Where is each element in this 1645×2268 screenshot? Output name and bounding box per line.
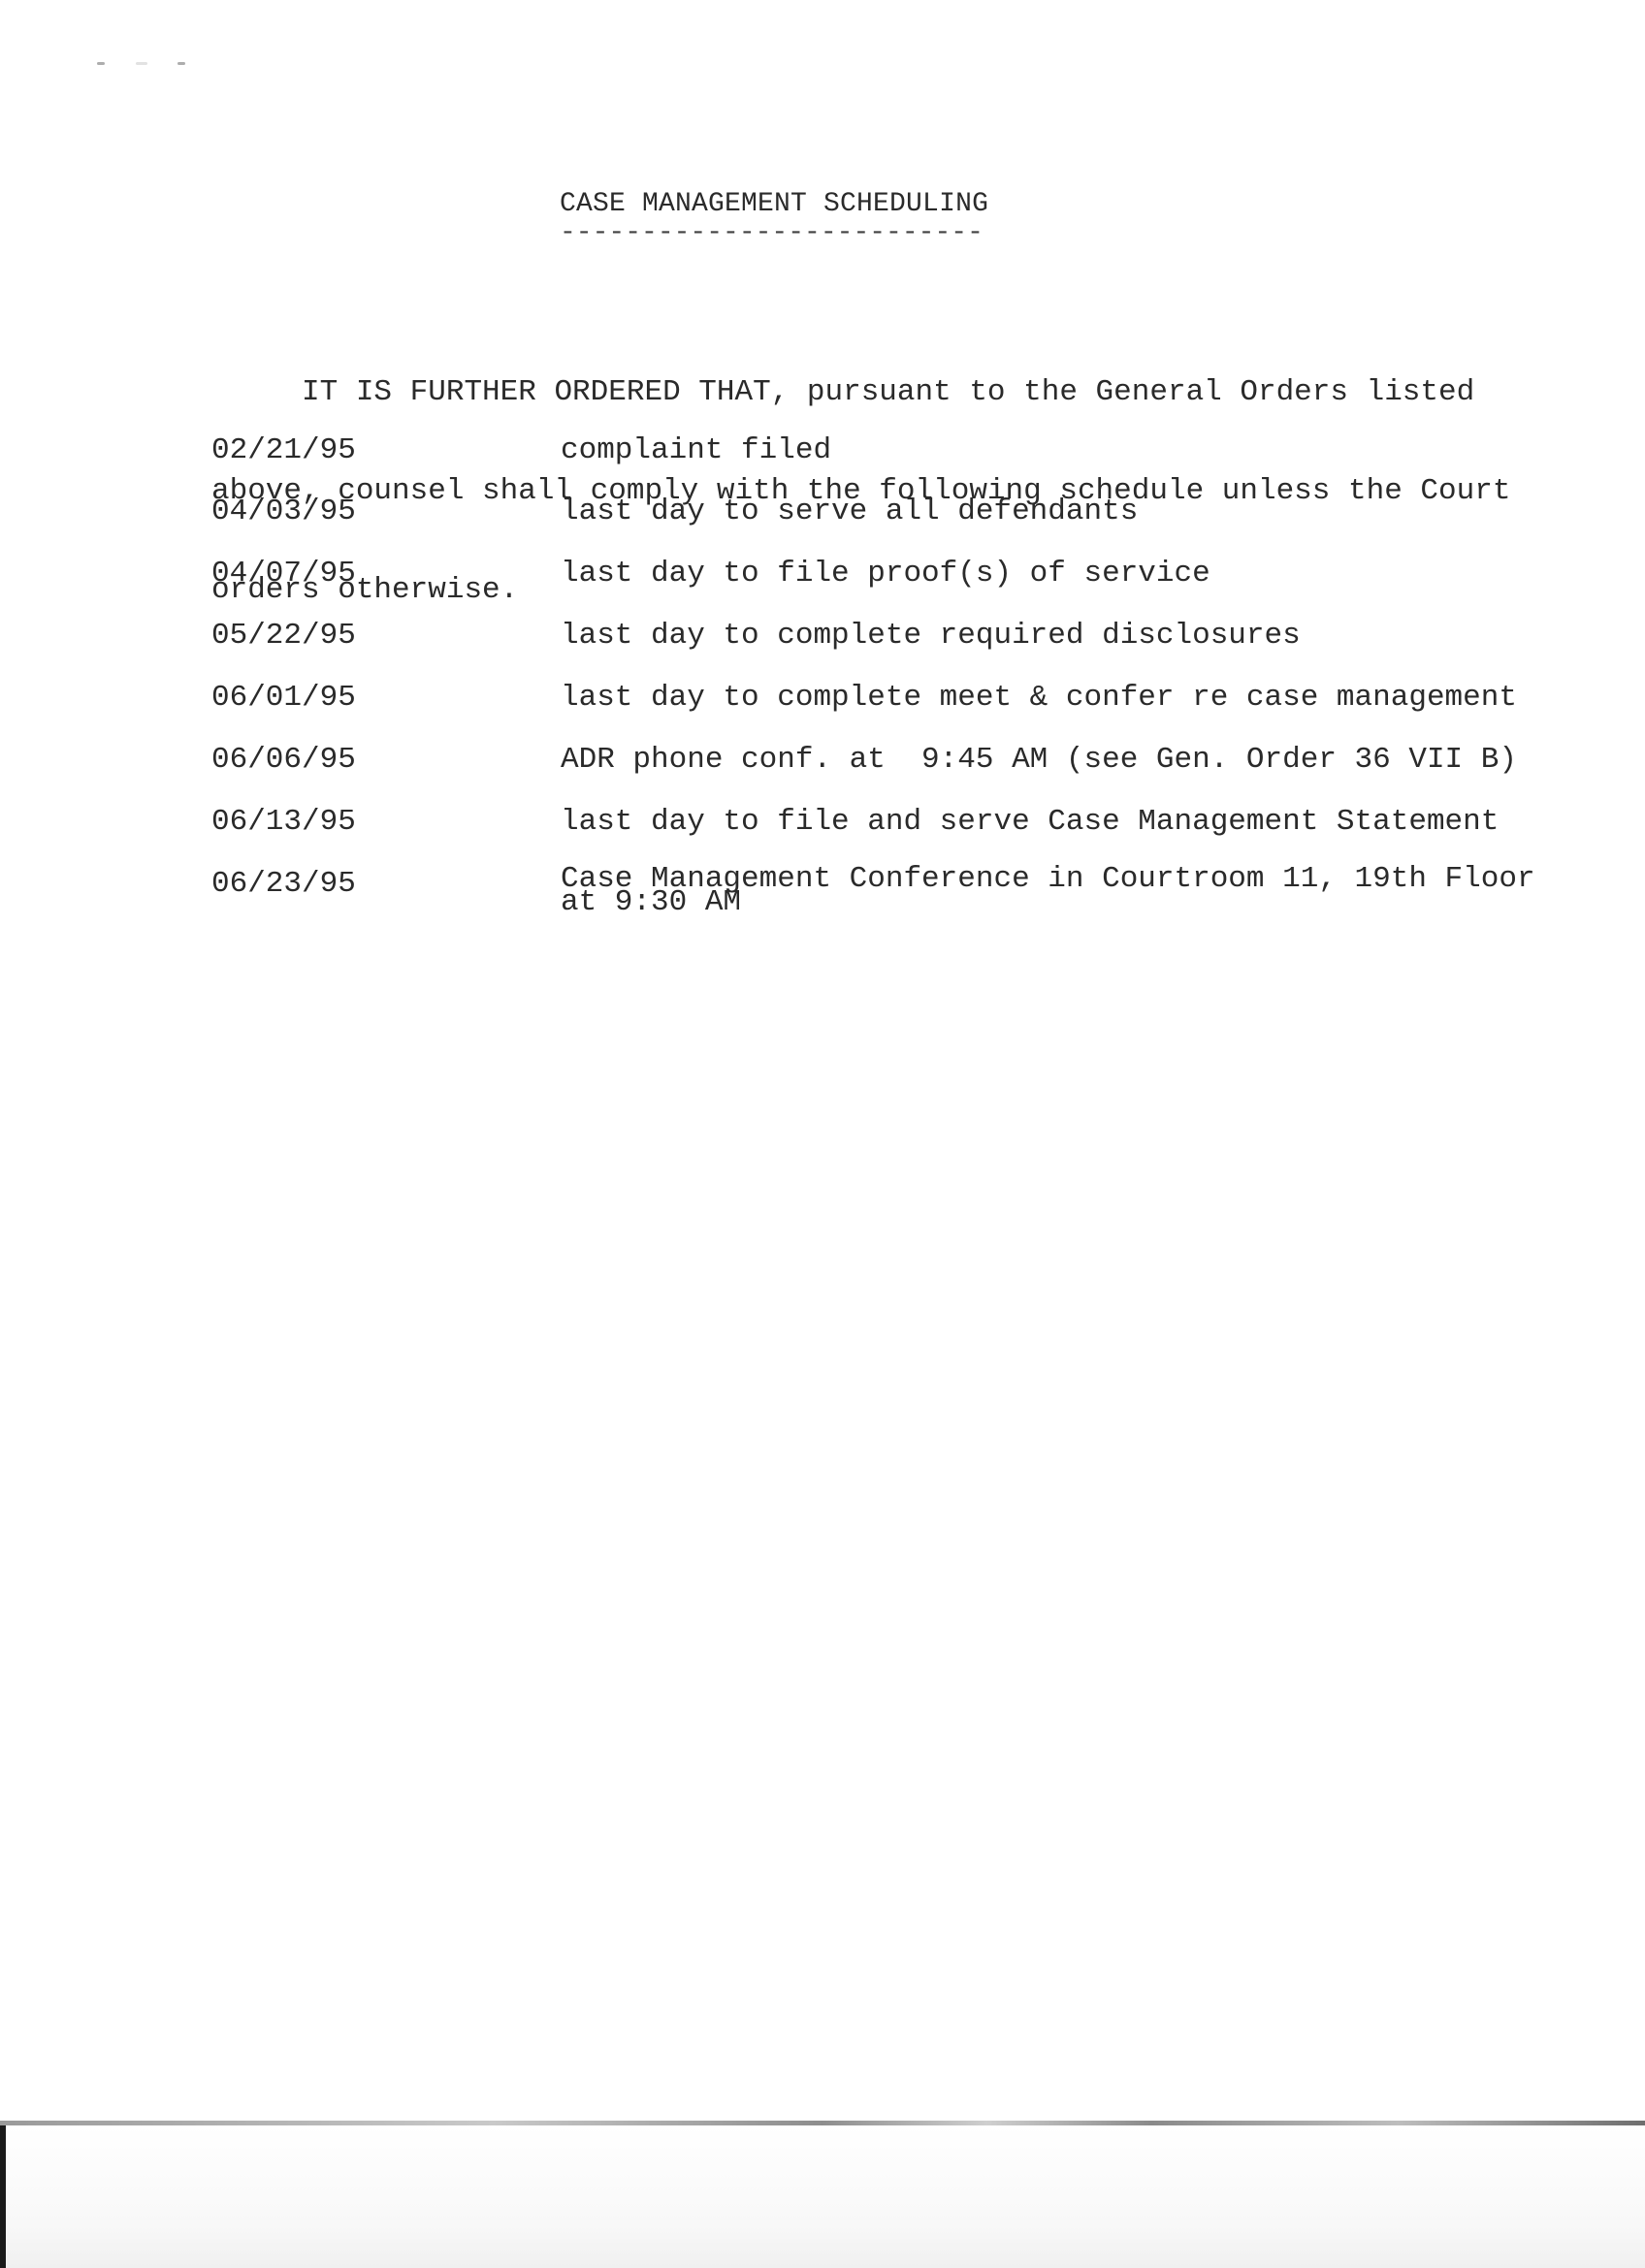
scan-artifact (97, 62, 105, 65)
schedule-date: 06/13/95 (211, 806, 356, 839)
scan-artifact (136, 62, 147, 65)
schedule-description: last day to serve all defendants (561, 495, 1138, 528)
schedule-description: last day to file and serve Case Manageme… (561, 806, 1499, 839)
document-page: CASE MANAGEMENT SCHEDULING -------------… (0, 0, 1645, 2124)
schedule-date: 06/01/95 (211, 682, 356, 715)
schedule-date: 04/07/95 (211, 558, 356, 591)
schedule-description: complaint filed (561, 434, 831, 467)
schedule-description: last day to file proof(s) of service (561, 558, 1210, 591)
schedule-description: last day to complete meet & confer re ca… (561, 682, 1517, 715)
title-underline: -------------------------- (560, 218, 984, 249)
schedule-description: last day to complete required disclosure… (561, 620, 1301, 653)
scan-background (0, 2125, 1645, 2268)
schedule-date: 06/06/95 (211, 744, 356, 777)
schedule-date: 04/03/95 (211, 495, 356, 528)
schedule-date: 06/23/95 (211, 868, 356, 901)
schedule-description: ADR phone conf. at 9:45 AM (see Gen. Ord… (561, 744, 1517, 777)
scan-border (0, 2125, 6, 2268)
schedule-date: 05/22/95 (211, 620, 356, 653)
schedule-date: 02/21/95 (211, 434, 356, 467)
document-title: CASE MANAGEMENT SCHEDULING (560, 189, 988, 220)
intro-line: IT IS FURTHER ORDERED THAT, pursuant to … (211, 376, 1569, 409)
scan-artifact (177, 62, 185, 65)
schedule-description: Case Management Conference in Courtroom … (561, 868, 1535, 914)
